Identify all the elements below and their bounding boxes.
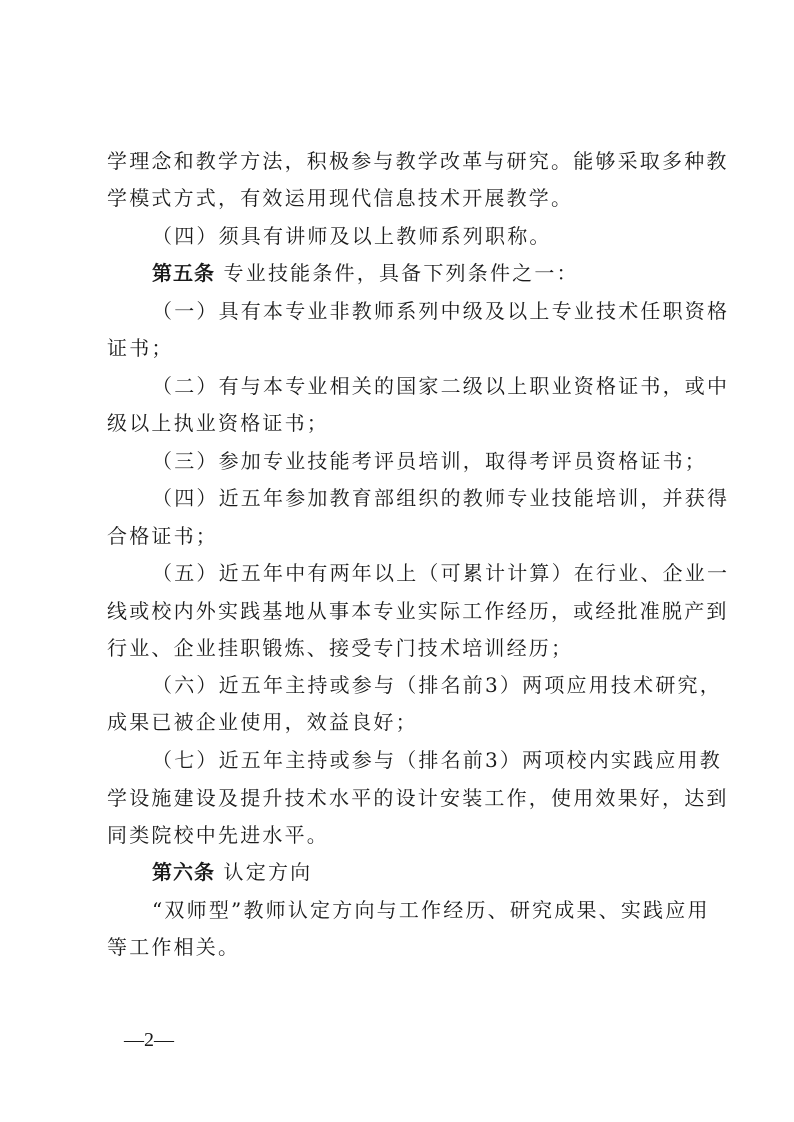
line-text: （六）近五年主持或参与（排名前3）两项应用技术研究，	[152, 673, 722, 697]
paragraph-line: 学理念和教学方法，积极参与教学改革与研究。能够采取多种教	[107, 146, 697, 176]
document-page: 学理念和教学方法，积极参与教学改革与研究。能够采取多种教学模式方式，有效运用现代…	[0, 0, 794, 1122]
line-text: （四）近五年参加教育部组织的教师专业技能培训，并获得	[152, 486, 729, 510]
paragraph-line: 行业、企业挂职锻炼、接受专门技术培训经历；	[107, 633, 697, 663]
line-text: 学理念和教学方法，积极参与教学改革与研究。能够采取多种教	[107, 149, 729, 173]
line-text: 合格证书；	[107, 524, 218, 548]
paragraph-line: 级以上执业资格证书；	[107, 408, 697, 438]
paragraph-line: 学设施建设及提升技术水平的设计安装工作，使用效果好，达到	[107, 783, 697, 813]
paragraph-line: （六）近五年主持或参与（排名前3）两项应用技术研究，	[152, 670, 697, 700]
article-number: 第六条	[152, 860, 215, 884]
line-text: （一）具有本专业非教师系列中级及以上专业技术任职资格	[152, 299, 729, 323]
article-heading-line: 第六条 认定方向	[152, 857, 697, 887]
line-text: （三）参加专业技能考评员培训，取得考评员资格证书；	[152, 449, 707, 473]
paragraph-line: 证书；	[107, 333, 697, 363]
paragraph-line: （四）须具有讲师及以上教师系列职称。	[152, 221, 697, 251]
paragraph-line: （三）参加专业技能考评员培训，取得考评员资格证书；	[152, 446, 697, 476]
paragraph-line: 成果已被企业使用，效益良好；	[107, 707, 697, 737]
page-number: —2—	[124, 1028, 174, 1052]
paragraph-line: 同类院校中先进水平。	[107, 820, 697, 850]
line-text: “双师型”教师认定方向与工作经历、研究成果、实践应用	[152, 898, 710, 922]
paragraph-line: （二）有与本专业相关的国家二级以上职业资格证书，或中	[152, 371, 697, 401]
line-text: 学设施建设及提升技术水平的设计安装工作，使用效果好，达到	[107, 786, 729, 810]
line-text: 级以上执业资格证书；	[107, 411, 329, 435]
line-text: （五）近五年中有两年以上（可累计计算）在行业、企业一	[152, 561, 729, 585]
paragraph-line: 学模式方式，有效运用现代信息技术开展教学。	[107, 183, 697, 213]
article-number: 第五条	[152, 261, 215, 285]
line-text: 等工作相关。	[107, 935, 240, 959]
paragraph-line: 线或校内外实践基地从事本专业实际工作经历，或经批准脱产到	[107, 596, 697, 626]
line-text: （七）近五年主持或参与（排名前3）两项校内实践应用教	[152, 748, 722, 772]
paragraph-line: 合格证书；	[107, 521, 697, 551]
paragraph-line: “双师型”教师认定方向与工作经历、研究成果、实践应用	[152, 895, 697, 925]
line-text: （二）有与本专业相关的国家二级以上职业资格证书，或中	[152, 374, 729, 398]
line-text: 同类院校中先进水平。	[107, 823, 329, 847]
line-text: （四）须具有讲师及以上教师系列职称。	[152, 224, 552, 248]
line-text: 行业、企业挂职锻炼、接受专门技术培训经历；	[107, 636, 573, 660]
paragraph-line: （五）近五年中有两年以上（可累计计算）在行业、企业一	[152, 558, 697, 588]
paragraph-line: 等工作相关。	[107, 932, 697, 962]
line-text: 学模式方式，有效运用现代信息技术开展教学。	[107, 186, 573, 210]
line-text: 线或校内外实践基地从事本专业实际工作经历，或经批准脱产到	[107, 599, 729, 623]
line-text: 成果已被企业使用，效益良好；	[107, 710, 418, 734]
line-text: 证书；	[107, 336, 174, 360]
paragraph-line: （四）近五年参加教育部组织的教师专业技能培训，并获得	[152, 483, 697, 513]
line-text: 专业技能条件，具备下列条件之一：	[215, 261, 579, 285]
paragraph-line: （七）近五年主持或参与（排名前3）两项校内实践应用教	[152, 745, 697, 775]
paragraph-line: （一）具有本专业非教师系列中级及以上专业技术任职资格	[152, 296, 697, 326]
article-heading-line: 第五条 专业技能条件，具备下列条件之一：	[152, 258, 697, 288]
line-text: 认定方向	[215, 860, 312, 884]
